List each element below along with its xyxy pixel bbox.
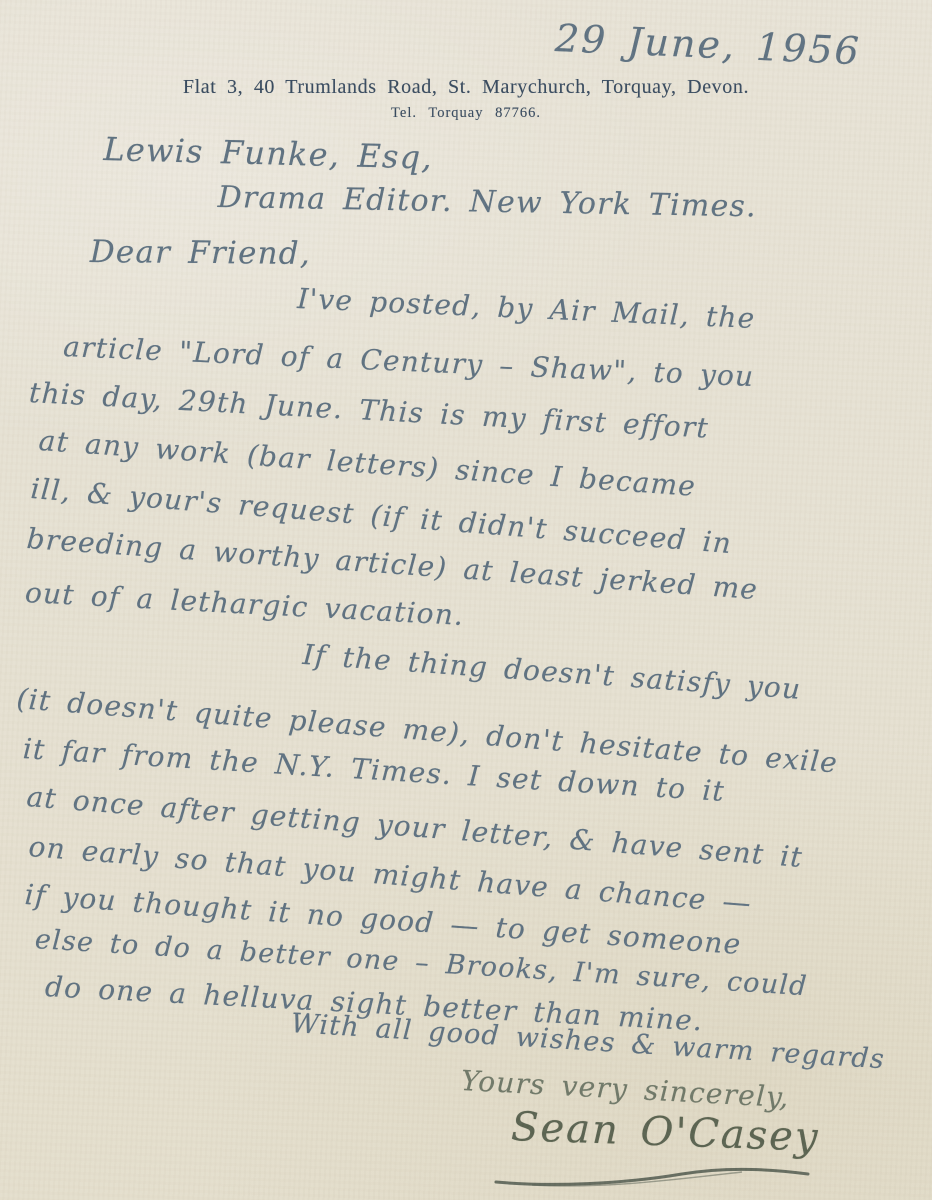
letterhead-address: Flat 3, 40 Trumlands Road, St. Marychurc… (183, 76, 749, 99)
letter-page: 29 June, 1956 Flat 3, 40 Trumlands Road,… (0, 0, 932, 1200)
letterhead-telephone: Tel. Torquay 87766. (391, 105, 541, 122)
valediction: Yours very sincerely, (460, 1064, 790, 1114)
signature: Sean O'Casey (510, 1104, 820, 1161)
body-line: I've posted, by Air Mail, the (297, 282, 757, 335)
signature-underline-flourish (492, 1160, 812, 1190)
body-line: If the thing doesn't satisfy you (302, 638, 803, 706)
handwritten-date: 29 June, 1956 (554, 16, 862, 73)
recipient-title: Drama Editor. New York Times. (217, 180, 757, 224)
recipient-name: Lewis Funke, Esq, (103, 130, 433, 177)
body-line: out of a lethargic vacation. (24, 576, 465, 632)
salutation: Dear Friend, (90, 234, 311, 272)
